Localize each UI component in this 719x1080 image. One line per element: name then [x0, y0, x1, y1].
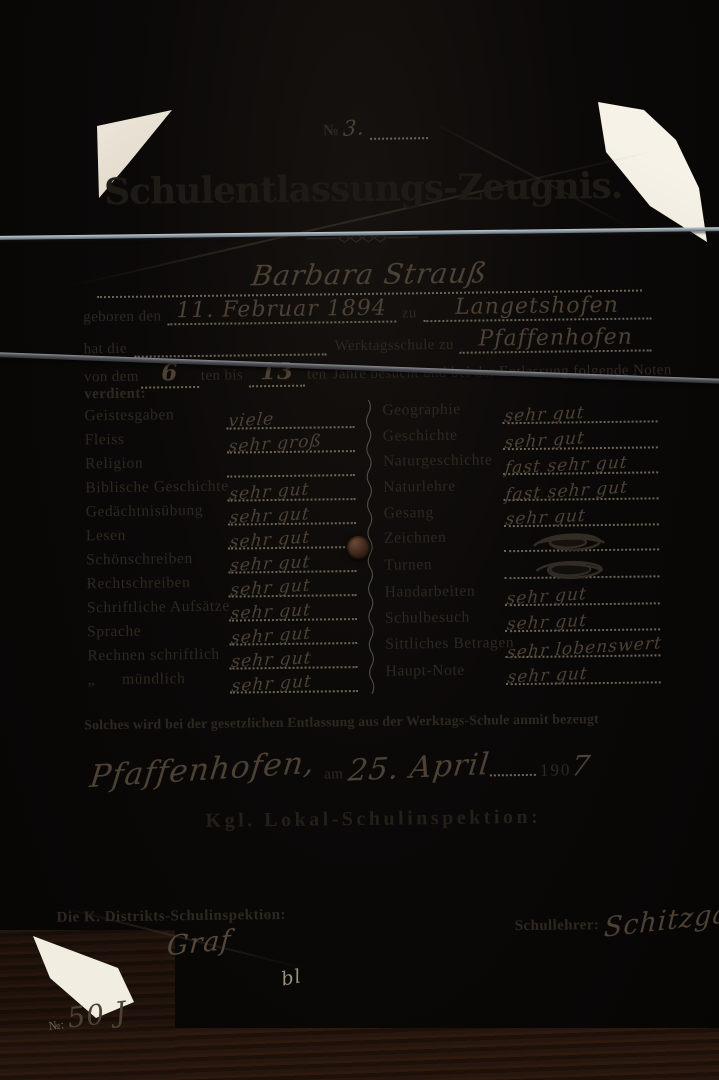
- grade-field: sehr groß: [227, 428, 355, 454]
- grade-row: Gedächtnisübung sehr gut: [86, 500, 371, 525]
- grade-value: sehr gut: [507, 664, 589, 688]
- issue-place: Pfaffenhofen,: [88, 745, 317, 795]
- crossed-out-scribble: [526, 529, 612, 556]
- issue-date: 25. April: [347, 747, 492, 789]
- grade-field: [504, 553, 659, 579]
- grade-row: Schönschreiben sehr gut: [86, 548, 371, 573]
- grade-field: sehr gut: [504, 501, 659, 527]
- school-place: Pfaffenhofen: [478, 325, 633, 352]
- grade-field: [227, 452, 355, 478]
- subject-label: Religion: [85, 454, 225, 478]
- born-line: geboren den 11. Februar 1894 zu Langetsh…: [83, 292, 651, 326]
- grade-value: sehr gut: [231, 672, 313, 697]
- grade-row: Fleiss sehr groß: [85, 428, 370, 453]
- grade-field: sehr gut: [503, 424, 658, 450]
- grade-row: Rechnen schriftlich sehr gut: [87, 644, 372, 669]
- grade-value: sehr gut: [503, 403, 585, 427]
- grade-field: sehr gut: [229, 644, 357, 670]
- subject-label: Geographie: [382, 400, 500, 423]
- zu-label: zu: [402, 305, 417, 322]
- grade-field: sehr gut: [229, 596, 357, 622]
- grade-field: sehr gut: [230, 668, 358, 694]
- school-line: hat die Werktagsschule zu Pfaffenhofen: [83, 324, 651, 358]
- subject-label: Lesen: [86, 526, 226, 550]
- birth-place: Langetshofen: [455, 293, 619, 320]
- grade-field: sehr gut: [227, 476, 355, 502]
- grade-value: sehr gut: [505, 506, 587, 530]
- subject-label: Schönschreiben: [86, 550, 226, 574]
- grade-row: Sittliches Betragen sehr lobenswert: [385, 632, 677, 658]
- grade-row: Geistesgaben viele: [84, 404, 369, 429]
- document-number-value: 3.: [343, 115, 366, 141]
- grade-field: sehr gut: [505, 659, 660, 685]
- werktagsschule-label: Werktagsschule zu: [334, 337, 454, 355]
- photo-of-certificate: № 3. Schulentlassungs-Zeugnis. Barbara S…: [0, 0, 719, 1080]
- subject-label: Naturgeschichte: [383, 451, 501, 474]
- grade-row: Gesang sehr gut: [384, 501, 676, 527]
- birth-date-field: 11. Februar 1894: [167, 296, 396, 326]
- subject-label: Geistesgaben: [84, 406, 224, 430]
- grade-field: sehr gut: [228, 548, 356, 574]
- registry-number-label: №:: [48, 1017, 65, 1034]
- subject-label: Gedächtnisübung: [86, 502, 226, 526]
- grade-field: sehr gut: [228, 524, 356, 550]
- von-dem-label: von dem: [84, 369, 139, 387]
- attestation-text: Solches wird bei der gesetzlichen Entlas…: [84, 710, 652, 733]
- subject-label: Biblische Geschichte: [85, 478, 225, 502]
- dotted-blank: [135, 335, 327, 357]
- verdient-label: verdient:: [84, 386, 146, 404]
- subject-label: Sittliches Betragen: [385, 634, 503, 657]
- pupil-name-line: Barbara Strauß: [97, 255, 642, 299]
- teacher-label: Schullehrer:: [515, 917, 600, 935]
- subject-label: „ mündlich: [88, 670, 228, 694]
- grade-field: sehr gut: [502, 398, 657, 424]
- grade-row: Schulbesuch sehr gut: [385, 606, 677, 632]
- sup-ten: ten: [307, 366, 327, 383]
- school-place-field: Pfaffenhofen: [460, 324, 652, 353]
- grade-value: fast sehr gut: [504, 453, 629, 479]
- grade-field: sehr gut: [228, 500, 356, 526]
- grade-row: Zeichnen: [384, 526, 676, 552]
- grade-row: Religion: [85, 452, 370, 477]
- grade-row: „ mündlich sehr gut: [88, 668, 373, 693]
- born-label: geboren den: [83, 308, 161, 326]
- am-label: am: [324, 766, 343, 783]
- pin-icon: [347, 536, 370, 559]
- grade-row: Rechtschreiben sehr gut: [86, 572, 371, 597]
- from-year: 6: [161, 359, 178, 386]
- teacher-signature: Schitzgall: [603, 895, 719, 943]
- subject-label: Sprache: [87, 622, 227, 646]
- numero-sign: №: [323, 122, 340, 140]
- pencil-note: bl: [279, 965, 303, 990]
- teacher-signature-line: Schullehrer: Schitzgall: [514, 903, 719, 937]
- grade-row: Schriftliche Aufsätze sehr gut: [87, 596, 372, 621]
- subject-label: Schulbesuch: [385, 608, 503, 631]
- year-printed: 190: [540, 760, 572, 780]
- grade-field: sehr lobenswert: [505, 632, 660, 658]
- registry-number-value: 50 J: [66, 995, 129, 1035]
- sup-ten: ten: [201, 368, 221, 385]
- subject-label: Naturlehre: [383, 477, 501, 500]
- subject-label: Turnen: [384, 555, 502, 578]
- subject-label: Handarbeiten: [385, 582, 503, 605]
- subject-label: Rechnen schriftlich: [87, 646, 227, 670]
- birth-place-field: Langetshofen: [423, 292, 652, 322]
- dotted-blank: [490, 740, 536, 777]
- grade-row: Naturgeschichte fast sehr gut: [383, 449, 675, 475]
- registry-number: №: 50 J: [46, 995, 129, 1037]
- grade-row: Biblische Geschichte sehr gut: [85, 476, 370, 501]
- grade-row: Haupt-Note sehr gut: [386, 659, 678, 685]
- bis-label: bis: [224, 367, 243, 384]
- grade-field: sehr gut: [228, 572, 356, 598]
- grade-value: sehr gut: [506, 611, 588, 635]
- grade-row: Handarbeiten sehr gut: [385, 580, 677, 606]
- grade-field: [504, 526, 659, 552]
- local-inspection-label: Kgl. Lokal-Schulinspektion:: [113, 805, 633, 834]
- grade-row: Turnen: [384, 553, 676, 579]
- grade-field: sehr gut: [505, 580, 660, 606]
- pupil-name: Barbara Strauß: [249, 256, 489, 292]
- grade-row: Geschichte sehr gut: [383, 424, 675, 450]
- crossed-out-scribble: [526, 556, 612, 583]
- grade-row: Geographie sehr gut: [382, 398, 674, 424]
- grade-value: sehr gut: [506, 584, 588, 609]
- grade-row: Lesen sehr gut: [86, 524, 371, 549]
- date-line: Pfaffenhofen, am 25. April 190 7: [90, 738, 651, 803]
- subject-label: Haupt-Note: [386, 661, 504, 684]
- grade-row: Naturlehre fast sehr gut: [383, 475, 675, 501]
- district-inspection-label: Die K. Distrikts-Schulinspektion:: [56, 907, 286, 927]
- birth-date: 11. Februar 1894: [176, 296, 387, 324]
- subject-label: Geschichte: [383, 426, 501, 449]
- year-handwritten: 7: [569, 749, 593, 782]
- grade-field: sehr gut: [229, 620, 357, 646]
- grade-field: viele: [226, 404, 354, 430]
- grade-field: sehr gut: [505, 606, 660, 632]
- grade-field: fast sehr gut: [503, 475, 658, 501]
- subject-label: Rechtschreiben: [86, 574, 226, 598]
- subject-label: Gesang: [384, 503, 502, 526]
- subject-label: Zeichnen: [384, 528, 502, 551]
- document-number: № 3.: [323, 115, 428, 140]
- document-title: Schulentlassungs-Zeugnis.: [90, 165, 635, 214]
- district-inspector-signature: Graf: [166, 925, 233, 963]
- grade-value: viele: [228, 409, 276, 431]
- dotted-blank: [369, 119, 427, 140]
- grade-field: fast sehr gut: [503, 449, 658, 475]
- grade-row: Sprache sehr gut: [87, 620, 372, 645]
- subject-label: Fleiss: [85, 430, 225, 454]
- subject-label: Schriftliche Aufsätze: [87, 598, 227, 622]
